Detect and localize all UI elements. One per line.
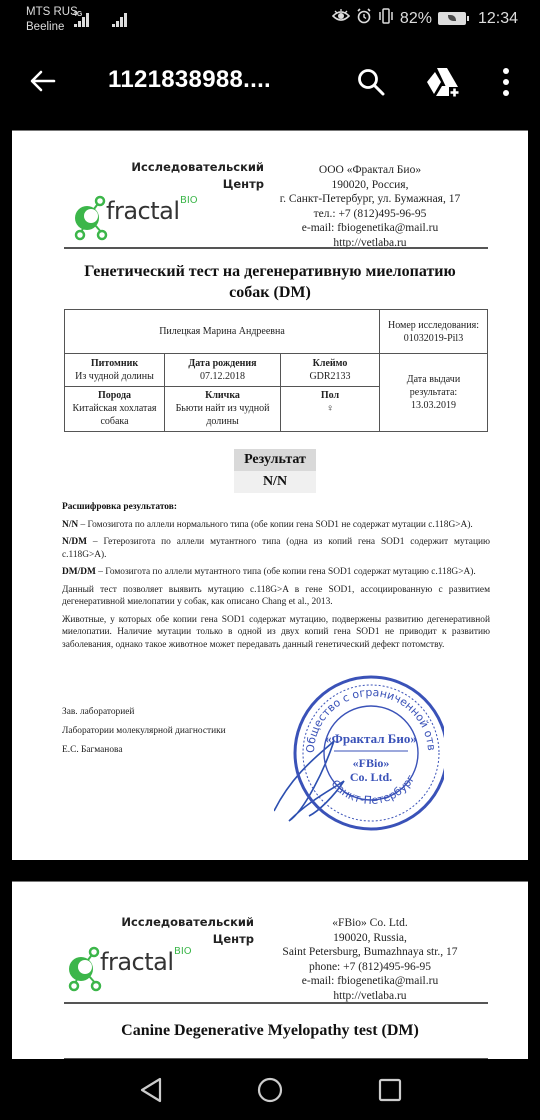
- dog-name-cell: Кличка Бьюти найт из чудной долины: [165, 387, 281, 432]
- eye-comfort-icon: [332, 9, 350, 28]
- clock: 12:34: [478, 10, 518, 28]
- kennel-cell: Питомник Из чудной долины: [65, 354, 165, 387]
- decode-nn: N/N – Гомозигота по аллели нормального т…: [62, 519, 490, 532]
- document-title: Генетический тест на дегенеративную миел…: [52, 261, 488, 303]
- search-icon: [355, 66, 387, 98]
- more-options-button[interactable]: [496, 66, 516, 100]
- fractal-bio-logo: fractal BIO: [70, 193, 210, 243]
- app-bar: 1121838988....: [0, 42, 540, 124]
- owner-name: Пилецкая Марина Андреевна: [65, 310, 380, 354]
- nav-back-button[interactable]: [136, 1075, 166, 1105]
- study-number-cell: Номер исследования: 01032019-Pil3: [380, 310, 488, 354]
- alarm-icon: [356, 8, 372, 29]
- decode-section: Расшифровка результатов: N/N – Гомозигот…: [62, 501, 490, 656]
- research-center-label-2: Исследовательский Центр: [102, 914, 254, 948]
- vibrate-icon: [378, 8, 394, 29]
- signature-block: Зав. лабораторией Лаборатории молекулярн…: [62, 703, 226, 760]
- nav-back-icon: [136, 1075, 166, 1105]
- signal-icon-1: [74, 13, 89, 27]
- document-page-1[interactable]: Исследовательский Центр fractal BIO ООО …: [12, 130, 528, 860]
- decode-title: Расшифровка результатов:: [62, 502, 177, 512]
- test-description: Данный тест позволяет выявить мутацию c.…: [62, 584, 490, 609]
- dob-cell: Дата рождения 07.12.2018: [165, 354, 281, 387]
- header-divider-2: [64, 1002, 488, 1004]
- nav-home-button[interactable]: [255, 1075, 285, 1105]
- decode-ndm: N/DM – Гетерозигота по аллели мутантного…: [62, 536, 490, 561]
- status-bar: MTS RUS Beeline 4G 82% 12:34: [0, 0, 540, 42]
- nav-recents-button[interactable]: [375, 1075, 405, 1105]
- back-button[interactable]: [28, 66, 58, 96]
- status-right: 82% 12:34: [332, 8, 518, 29]
- carrier-2: Beeline: [26, 20, 78, 35]
- carrier-info: MTS RUS Beeline: [26, 5, 78, 35]
- result-box: Результат N/N: [234, 449, 316, 493]
- issue-date-cell: Дата выдачи результата: 13.03.2019: [380, 354, 488, 432]
- brand-cell: Клеймо GDR2133: [281, 354, 380, 387]
- file-title: 1121838988....: [108, 66, 271, 94]
- result-value: N/N: [234, 471, 316, 493]
- inheritance-note: Животные, у которых обе копии гена SOD1 …: [62, 614, 490, 652]
- battery-charging-icon: [438, 12, 466, 25]
- drive-add-icon: [425, 66, 461, 100]
- research-center-label: Исследовательский Центр: [112, 159, 264, 193]
- back-arrow-icon: [28, 66, 58, 96]
- stamp-co-ltd: Co. Ltd.: [350, 770, 392, 784]
- battery-percent: 82%: [400, 10, 432, 28]
- company-address-en: «FBio» Co. Ltd. 190020, Russia, Saint Pe…: [262, 916, 478, 1003]
- document-title-en: Canine Degenerative Myelopathy test (DM): [52, 1022, 488, 1040]
- signal-icon-2: [112, 13, 127, 27]
- more-vert-icon: [496, 66, 516, 100]
- stamp-center-en: «FBio»: [353, 756, 390, 770]
- info-table: Пилецкая Марина Андреевна Номер исследов…: [64, 309, 488, 432]
- sex-cell: Пол ♀: [281, 387, 380, 432]
- document-page-2[interactable]: Исследовательский Центр fractal BIO «FBi…: [12, 881, 528, 1059]
- nav-home-icon: [255, 1075, 285, 1105]
- decode-dmdm: DM/DM – Гомозигота по аллели мутантного …: [62, 566, 490, 579]
- carrier-1: MTS RUS: [26, 5, 78, 20]
- navigation-bar: [0, 1059, 540, 1120]
- company-stamp: Общество с ограниченной ответственностью…: [274, 671, 444, 836]
- stamp-center-ru: «Фрактал Био»: [325, 731, 417, 746]
- header-divider: [64, 247, 488, 249]
- breed-cell: Порода Китайская хохлатая собака: [65, 387, 165, 432]
- nav-recents-icon: [375, 1075, 405, 1105]
- search-button[interactable]: [355, 66, 387, 98]
- add-to-drive-button[interactable]: [425, 66, 461, 100]
- company-address: ООО «Фрактал Био» 190020, Россия, г. Сан…: [262, 163, 478, 250]
- fractal-bio-logo-2: fractal BIO: [64, 944, 204, 994]
- result-label: Результат: [234, 449, 316, 471]
